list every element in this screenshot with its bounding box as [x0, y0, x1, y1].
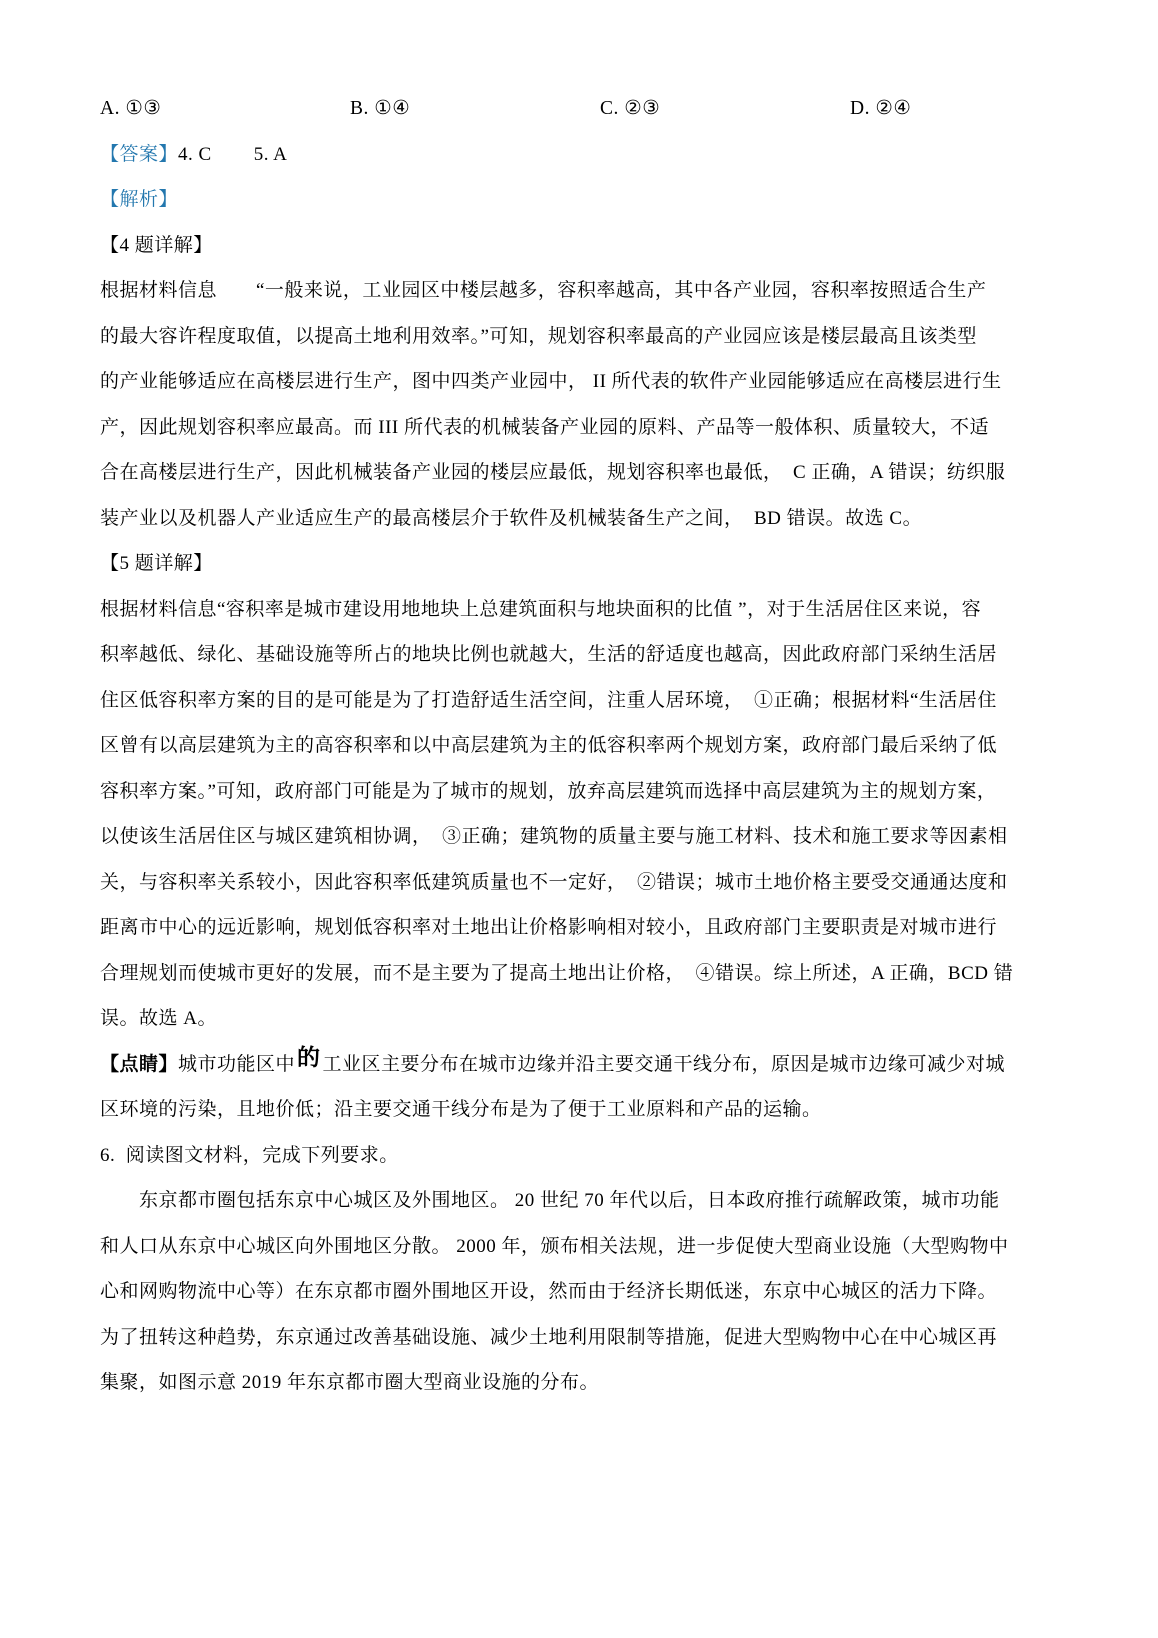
q6-intro-line: 和人口从东京中心城区向外围地区分散。 2000 年，颁布相关法规，进一步促使大型… — [100, 1224, 1100, 1270]
q6-intro-line: 心和网购物流中心等）在东京都市圈外围地区开设，然而由于经济长期低迷，东京中心城区… — [100, 1269, 1100, 1315]
keypoint-line-2: 区环境的污染，且地价低；沿主要交通干线分布是为了便于工业原料和产品的运输。 — [100, 1087, 1100, 1133]
q4-text-line: 的最大容许程度取值，以提高土地利用效率。”可知，规划容积率最高的产业园应该是楼层… — [100, 314, 1100, 360]
answer-line: 【答案】 4. C 5. A — [100, 132, 1100, 178]
q4-text-line: 根据材料信息 “一般来说，工业园区中楼层越多，容积率越高，其中各产业园，容积率按… — [100, 268, 1100, 314]
option-d: D. ②④ — [850, 99, 1100, 119]
q6-intro-line: 东京都市圈包括东京中心城区及外围地区。 20 世纪 70 年代以后，日本政府推行… — [100, 1178, 1100, 1224]
q5-text-line: 合理规划而使城市更好的发展，而不是主要为了提高土地出让价格， ④错误。综上所述，… — [100, 951, 1100, 997]
option-c: C. ②③ — [600, 99, 850, 119]
q5-header: 【5 题详解】 — [100, 541, 1100, 587]
q5-text-line: 关，与容积率关系较小，因此容积率低建筑质量也不一定好， ②错误；城市土地价格主要… — [100, 860, 1100, 906]
q6-intro-line: 为了扭转这种趋势，东京通过改善基础设施、减少土地利用限制等措施，促进大型购物中心… — [100, 1315, 1100, 1361]
q5-text-line: 以使该生活居住区与城区建筑相协调， ③正确；建筑物的质量主要与施工材料、技术和施… — [100, 814, 1100, 860]
keypoint-line-1: 【点睛】 城市功能区中 的 工业区主要分布在城市边缘并沿主要交通干线分布，原因是… — [100, 1042, 1100, 1088]
q4-text-line: 合在高楼层进行生产，因此机械装备产业园的楼层应最低，规划容积率也最低， C 正确… — [100, 450, 1100, 496]
q5-text-line: 住区低容积率方案的目的是可能是为了打造舒适生活空间，注重人居环境， ①正确；根据… — [100, 678, 1100, 724]
q5-text-line: 根据材料信息“容积率是城市建设用地地块上总建筑面积与地块面积的比值 ”，对于生活… — [100, 587, 1100, 633]
keypoint-text-rest: 工业区主要分布在城市边缘并沿主要交通干线分布，原因是城市边缘可减少对城 — [323, 1055, 1006, 1074]
q4-text-line: 装产业以及机器人产业适应生产的最高楼层介于软件及机械装备生产之间， BD 错误。… — [100, 496, 1100, 542]
q5-text-line: 容积率方案。”可知，政府部门可能是为了城市的规划，放弃高层建筑而选择中高层建筑为… — [100, 769, 1100, 815]
q5-text-line: 误。故选 A。 — [100, 996, 1100, 1042]
keypoint-bold-char: 的 — [297, 1046, 321, 1069]
answer-options-row: A. ①③ B. ①④ C. ②③ D. ②④ — [100, 86, 1100, 132]
answer-q4: 4. C — [178, 145, 212, 164]
q6-stem: 6. 阅读图文材料，完成下列要求。 — [100, 1133, 1100, 1179]
document-page: A. ①③ B. ①④ C. ②③ D. ②④ 【答案】 4. C 5. A 【… — [0, 0, 1158, 1638]
q5-text-line: 积率越低、绿化、基础设施等所占的地块比例也就越大，生活的舒适度也越高，因此政府部… — [100, 632, 1100, 678]
q5-text-line: 区曾有以高层建筑为主的高容积率和以中高层建筑为主的低容积率两个规划方案，政府部门… — [100, 723, 1100, 769]
q4-text-line: 的产业能够适应在高楼层进行生产，图中四类产业园中， II 所代表的软件产业园能够… — [100, 359, 1100, 405]
keypoint-text-before: 城市功能区中 — [178, 1055, 295, 1074]
option-a: A. ①③ — [100, 99, 350, 119]
q6-intro-line: 集聚，如图示意 2019 年东京都市圈大型商业设施的分布。 — [100, 1360, 1100, 1406]
answer-label: 【答案】 — [100, 145, 178, 164]
q5-text-line: 距离市中心的远近影响，规划低容积率对土地出让价格影响相对较小，且政府部门主要职责… — [100, 905, 1100, 951]
q4-text-line: 产，因此规划容积率应最高。而 III 所代表的机械装备产业园的原料、产品等一般体… — [100, 405, 1100, 451]
keypoint-label: 【点睛】 — [100, 1055, 178, 1074]
answer-q5: 5. A — [254, 145, 288, 164]
analysis-label: 【解析】 — [100, 190, 178, 209]
q4-header: 【4 题详解】 — [100, 223, 1100, 269]
analysis-line: 【解析】 — [100, 177, 1100, 223]
option-b: B. ①④ — [350, 99, 600, 119]
